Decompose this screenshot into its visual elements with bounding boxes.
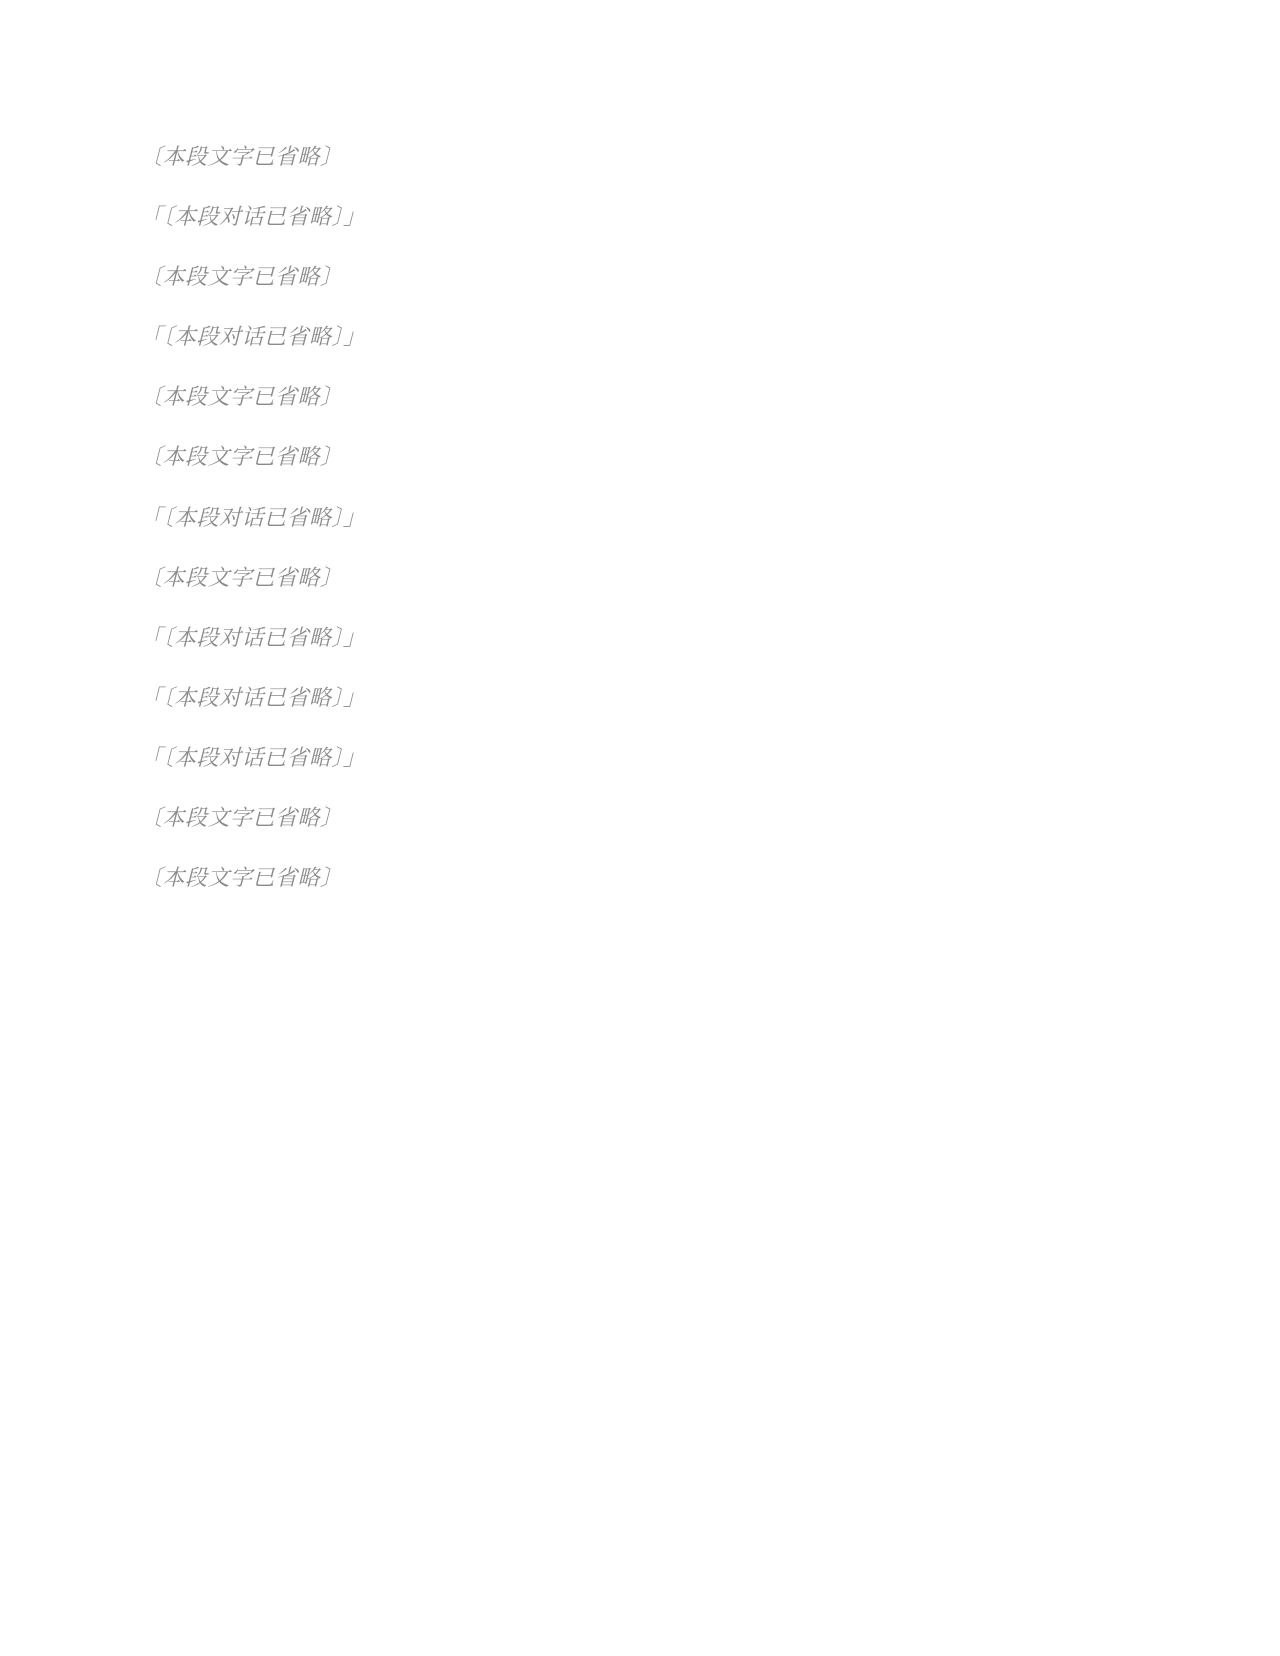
paragraph-dialogue: 「〔本段对话已省略〕」 [140, 681, 1140, 715]
paragraph-dialogue: 「〔本段对话已省略〕」 [140, 501, 1140, 535]
paragraph-narration: 〔本段文字已省略〕 [140, 861, 1140, 895]
paragraph-narration: 〔本段文字已省略〕 [140, 440, 1140, 474]
document-page: 〔本段文字已省略〕「〔本段对话已省略〕」〔本段文字已省略〕「〔本段对话已省略〕」… [0, 0, 1280, 1656]
paragraph-narration: 〔本段文字已省略〕 [140, 801, 1140, 835]
paragraph-narration: 〔本段文字已省略〕 [140, 140, 1140, 174]
paragraph-container: 〔本段文字已省略〕「〔本段对话已省略〕」〔本段文字已省略〕「〔本段对话已省略〕」… [140, 140, 1140, 895]
paragraph-dialogue: 「〔本段对话已省略〕」 [140, 320, 1140, 354]
paragraph-dialogue: 「〔本段对话已省略〕」 [140, 200, 1140, 234]
paragraph-narration: 〔本段文字已省略〕 [140, 260, 1140, 294]
paragraph-dialogue: 「〔本段对话已省略〕」 [140, 621, 1140, 655]
paragraph-narration: 〔本段文字已省略〕 [140, 561, 1140, 595]
paragraph-narration: 〔本段文字已省略〕 [140, 380, 1140, 414]
paragraph-dialogue: 「〔本段对话已省略〕」 [140, 741, 1140, 775]
